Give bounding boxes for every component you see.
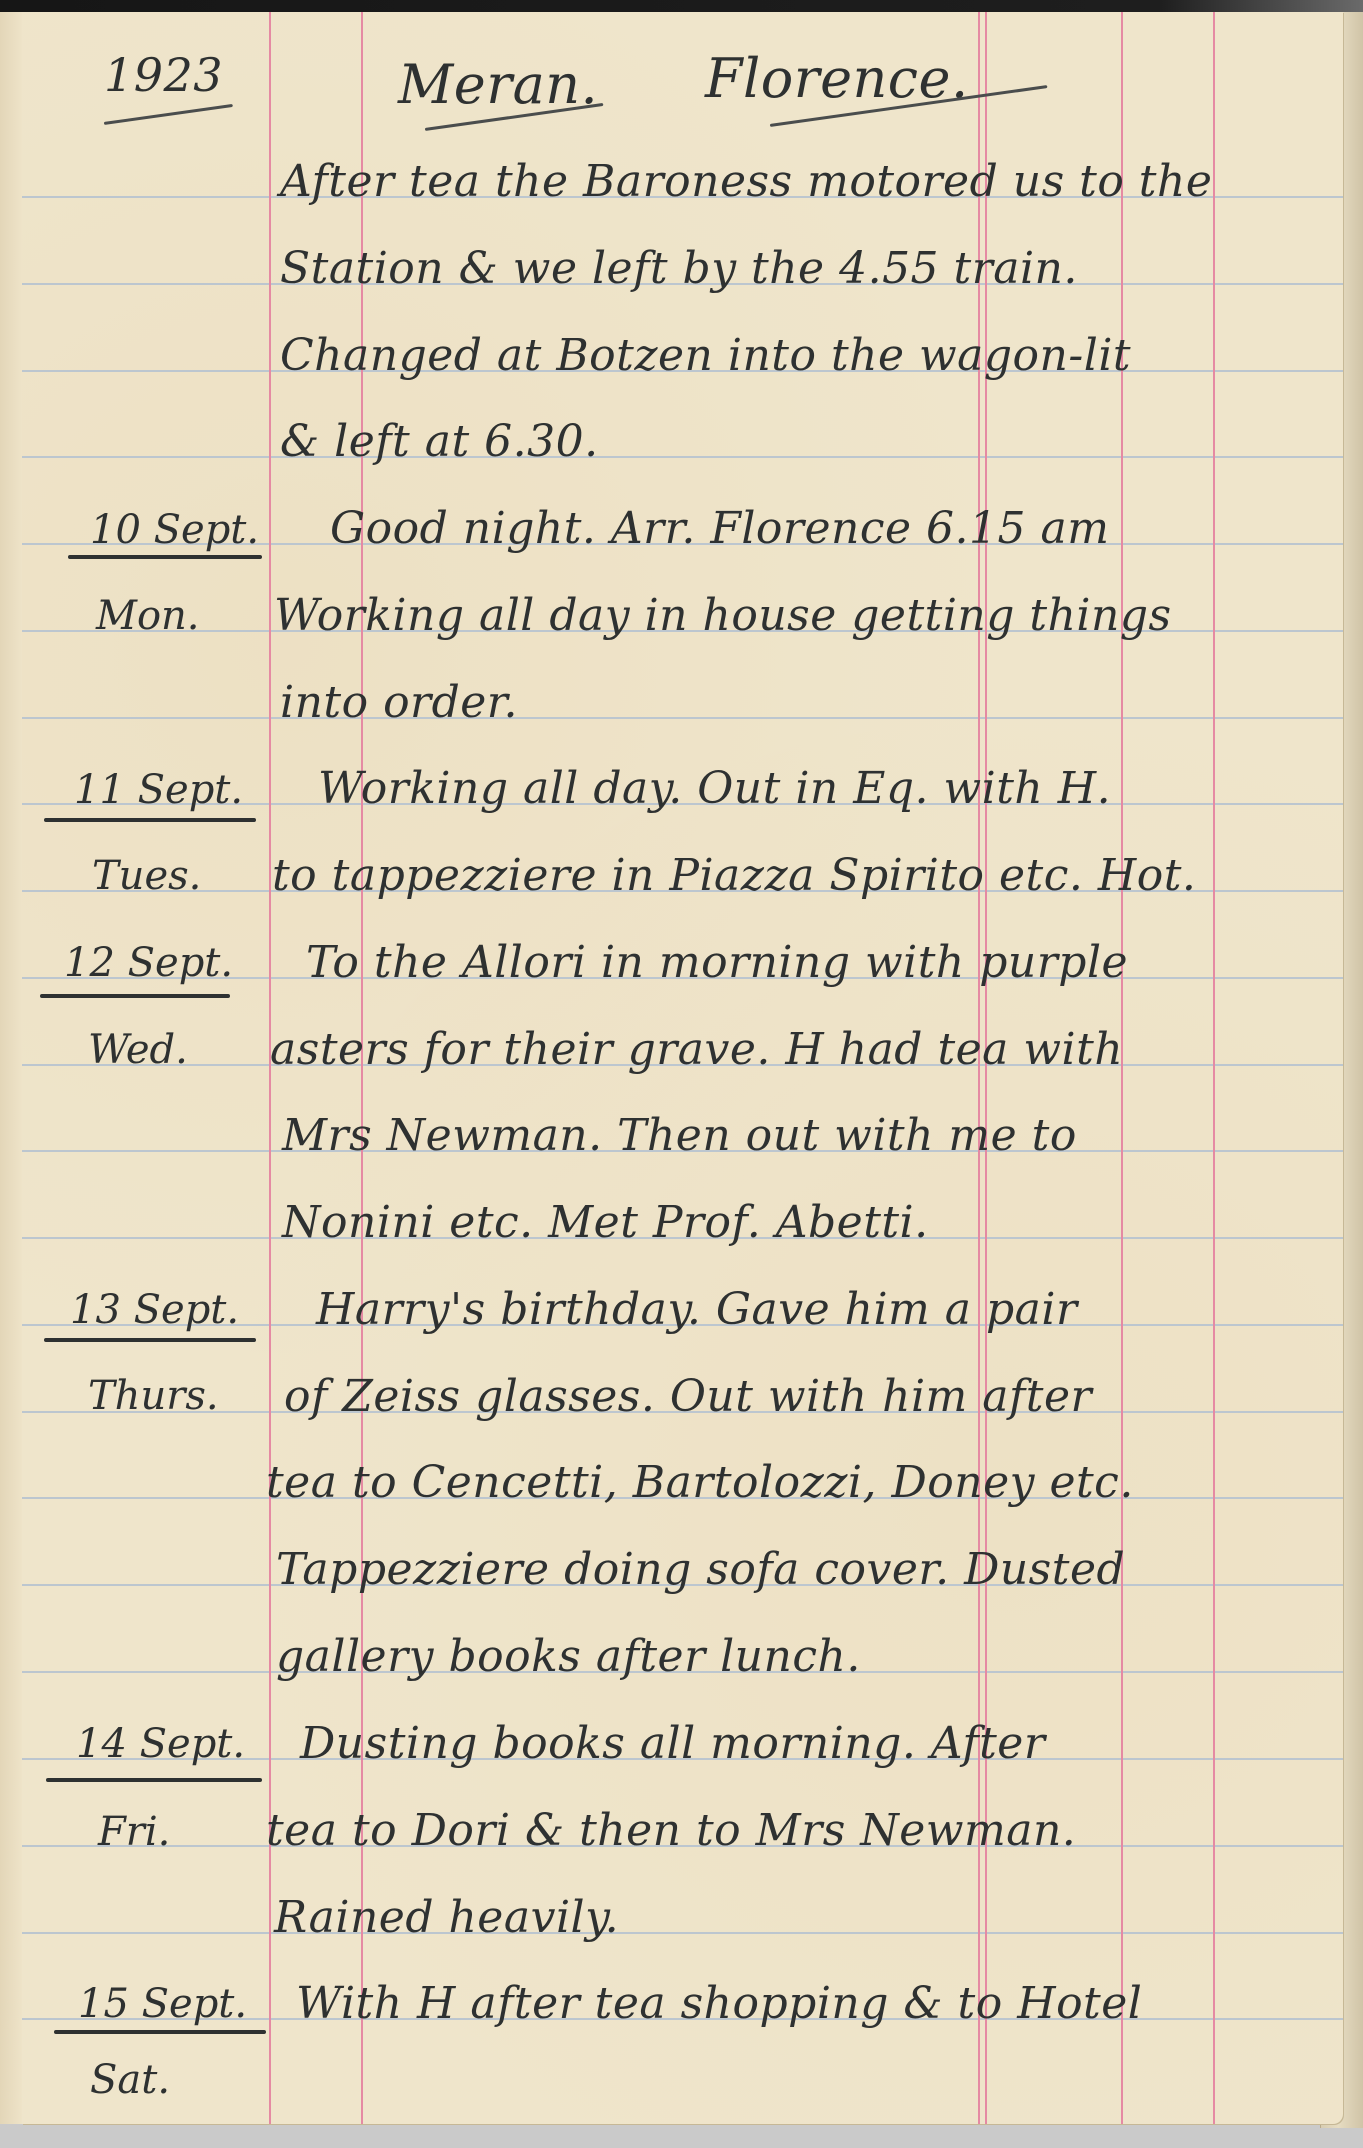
ruled-line bbox=[22, 1932, 1343, 1934]
entry-weekday: Sat. bbox=[90, 2060, 170, 2100]
entry-line: & left at 6.30. bbox=[280, 420, 599, 464]
entry-line: To the Allori in morning with purple bbox=[306, 941, 1128, 985]
date-underline bbox=[44, 1338, 256, 1342]
ruled-line bbox=[22, 717, 1343, 719]
entry-line: Nonini etc. Met Prof. Abetti. bbox=[282, 1201, 929, 1245]
entry-line: Harry's birthday. Gave him a pair bbox=[316, 1288, 1077, 1332]
location-to: Florence. bbox=[705, 52, 969, 106]
entry-line: Dusting books all morning. After bbox=[300, 1722, 1045, 1766]
entry-line: Changed at Botzen into the wagon-lit bbox=[280, 334, 1131, 378]
ledger-line bbox=[1213, 12, 1215, 2124]
entry-line: With H after tea shopping & to Hotel bbox=[296, 1982, 1142, 2026]
entry-line: Rained heavily. bbox=[274, 1896, 619, 1940]
entry-weekday: Tues. bbox=[92, 856, 201, 896]
entry-line: of Zeiss glasses. Out with him after bbox=[284, 1375, 1092, 1419]
entry-line: Tappezziere doing sofa cover. Dusted bbox=[276, 1548, 1125, 1592]
entry-line: to tappezziere in Piazza Spirito etc. Ho… bbox=[272, 854, 1196, 898]
scan-background bbox=[0, 2124, 1363, 2148]
entry-line: into order. bbox=[280, 681, 518, 725]
entry-line: Good night. Arr. Florence 6.15 am bbox=[330, 507, 1109, 551]
entry-line: Working all day. Out in Eq. with H. bbox=[318, 767, 1111, 811]
entry-line: Station & we left by the 4.55 train. bbox=[280, 247, 1078, 291]
date-underline bbox=[40, 994, 230, 998]
entry-line: tea to Dori & then to Mrs Newman. bbox=[266, 1809, 1076, 1853]
entry-line: Mrs Newman. Then out with me to bbox=[282, 1114, 1077, 1158]
scanner-top-edge bbox=[0, 0, 1363, 12]
date-underline bbox=[46, 1778, 262, 1782]
entry-date: 14 Sept. bbox=[76, 1724, 245, 1764]
binding-gutter bbox=[0, 12, 23, 2124]
entry-date: 12 Sept. bbox=[64, 943, 233, 983]
entry-date: 10 Sept. bbox=[90, 510, 259, 550]
entry-date: 15 Sept. bbox=[78, 1984, 247, 2024]
entry-weekday: Mon. bbox=[96, 596, 200, 636]
date-underline bbox=[54, 2030, 266, 2034]
entry-line: After tea the Baroness motored us to the bbox=[280, 160, 1212, 204]
ruled-line bbox=[22, 456, 1343, 458]
entry-weekday: Thurs. bbox=[88, 1376, 219, 1416]
date-underline bbox=[44, 818, 256, 822]
year-heading: 1923 bbox=[104, 52, 223, 98]
entry-date: 13 Sept. bbox=[70, 1290, 239, 1330]
entry-weekday: Fri. bbox=[98, 1812, 170, 1852]
entry-line: tea to Cencetti, Bartolozzi, Doney etc. bbox=[266, 1461, 1134, 1505]
entry-date: 11 Sept. bbox=[74, 770, 243, 810]
entry-line: gallery books after lunch. bbox=[276, 1635, 861, 1679]
entry-line: Working all day in house getting things bbox=[274, 594, 1172, 638]
location-from: Meran. bbox=[398, 58, 598, 112]
entry-line: asters for their grave. H had tea with bbox=[270, 1028, 1123, 1072]
entry-weekday: Wed. bbox=[88, 1030, 188, 1070]
date-underline bbox=[68, 555, 262, 559]
